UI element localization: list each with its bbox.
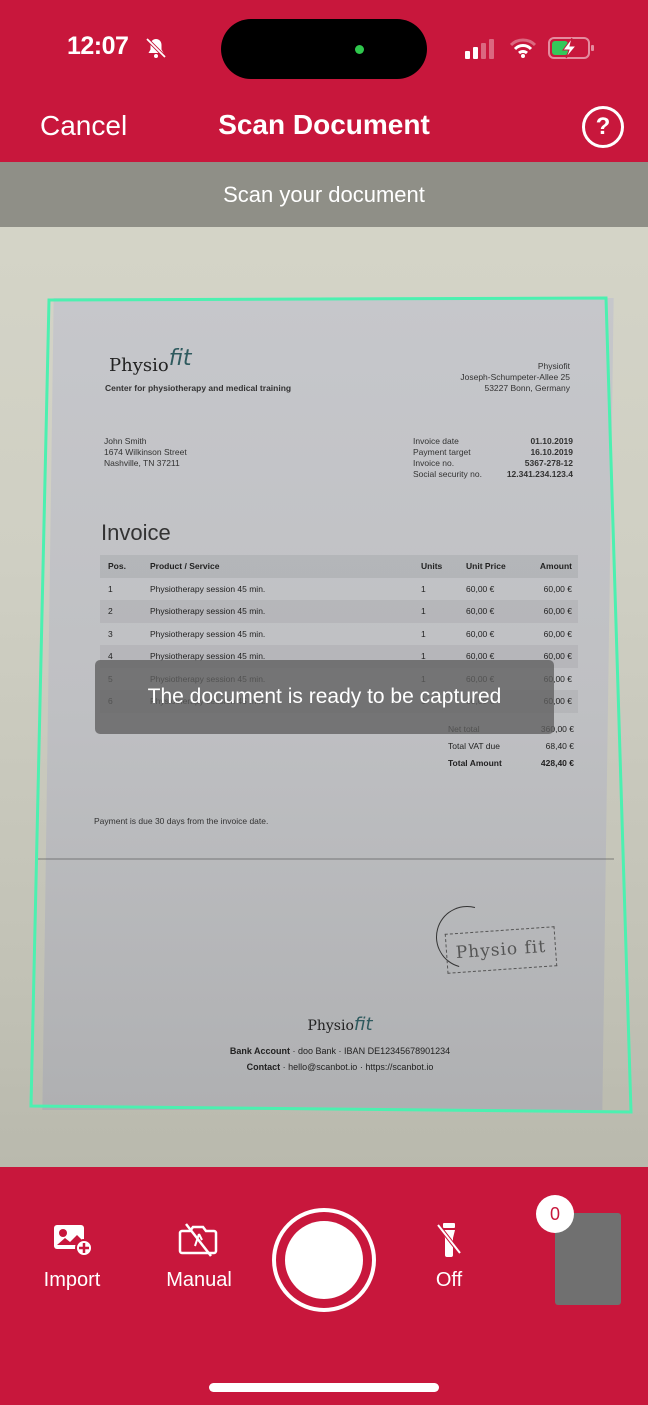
- table-cell: Physiotherapy session 45 min.: [150, 606, 421, 616]
- paper-fold: [36, 858, 614, 860]
- document-logo: Physiofit: [109, 352, 192, 377]
- camera-preview[interactable]: Physiofit Center for physiotherapy and m…: [0, 162, 648, 1167]
- table-cell: 1: [421, 629, 466, 639]
- footer-bank-value: · doo Bank · IBAN DE12345678901234: [290, 1046, 450, 1056]
- flashlight-off-icon: [427, 1223, 471, 1257]
- import-button[interactable]: Import: [22, 1223, 122, 1292]
- meta-value: 16.10.2019: [530, 447, 573, 458]
- meta-label: Social security no.: [413, 469, 482, 480]
- flash-toggle[interactable]: Off: [399, 1223, 499, 1292]
- status-bar: 12:07: [0, 0, 648, 90]
- table-cell: 60,00 €: [466, 606, 528, 616]
- table-cell: 1: [421, 606, 466, 616]
- totals-label: Total VAT due: [448, 738, 500, 755]
- meta-row: Payment target16.10.2019: [413, 447, 573, 458]
- table-cell: 3: [100, 629, 150, 639]
- manual-mode-button[interactable]: Manual: [149, 1223, 249, 1292]
- table-header-cell: Unit Price: [466, 561, 528, 571]
- table-header-cell: Units: [421, 561, 466, 571]
- table-row: 3Physiotherapy session 45 min.160,00 €60…: [100, 623, 578, 646]
- footer-contact-label: Contact: [247, 1062, 281, 1072]
- image-add-icon: [50, 1223, 94, 1257]
- footer-bank: Bank Account · doo Bank · IBAN DE1234567…: [0, 1046, 648, 1056]
- nav-bar: Cancel Scan Document ?: [0, 90, 648, 162]
- sender-line: Physiofit: [460, 361, 570, 372]
- import-label: Import: [44, 1269, 101, 1291]
- meta-label: Invoice no.: [413, 458, 454, 469]
- meta-row: Invoice date01.10.2019: [413, 436, 573, 447]
- table-cell: 1: [100, 584, 150, 594]
- meta-label: Invoice date: [413, 436, 459, 447]
- document-tagline: Center for physiotherapy and medical tra…: [105, 383, 291, 393]
- footer-contact-value: · hello@scanbot.io · https://scanbot.io: [280, 1062, 433, 1072]
- bottom-toolbar: Import Manual Off 0: [0, 1167, 648, 1405]
- meta-value: 12.341.234.123.4: [507, 469, 573, 480]
- logo-accent: fit: [169, 346, 192, 371]
- recipient-line: Nashville, TN 37211: [104, 458, 187, 469]
- table-cell: Physiotherapy session 45 min.: [150, 584, 421, 594]
- logo-main: Physio: [307, 1018, 353, 1034]
- footer-logo: Physiofit: [0, 1014, 648, 1035]
- table-cell: 60,00 €: [466, 629, 528, 639]
- table-cell: 60,00 €: [466, 584, 528, 594]
- totals-value: 428,40 €: [541, 755, 574, 772]
- table-cell: 60,00 €: [528, 584, 578, 594]
- shutter-inner: [285, 1221, 363, 1299]
- table-row: 2Physiotherapy session 45 min.160,00 €60…: [100, 600, 578, 623]
- manual-label: Manual: [166, 1269, 232, 1291]
- totals-label: Total Amount: [448, 755, 502, 772]
- logo-main: Physio: [109, 355, 169, 376]
- recipient-line: 1674 Wilkinson Street: [104, 447, 187, 458]
- table-header: Pos.Product / ServiceUnitsUnit PriceAmou…: [100, 555, 578, 578]
- footer-bank-label: Bank Account: [230, 1046, 290, 1056]
- logo-accent: fit: [354, 1014, 373, 1035]
- meta-label: Payment target: [413, 447, 471, 458]
- totals-value: 68,40 €: [546, 738, 574, 755]
- table-header-cell: Pos.: [100, 561, 150, 571]
- meta-value: 5367-278-12: [525, 458, 573, 469]
- help-icon: ?: [596, 113, 611, 140]
- table-cell: 60,00 €: [528, 606, 578, 616]
- table-cell: 2: [100, 606, 150, 616]
- ready-toast: The document is ready to be captured: [95, 660, 554, 734]
- meta-value: 01.10.2019: [530, 436, 573, 447]
- table-header-cell: Product / Service: [150, 561, 421, 571]
- invoice-title: Invoice: [101, 520, 171, 546]
- dynamic-island: [221, 19, 427, 79]
- recipient-line: John Smith: [104, 436, 187, 447]
- totals-row: Total VAT due68,40 €: [448, 738, 574, 755]
- table-cell: 60,00 €: [528, 629, 578, 639]
- flash-label: Off: [436, 1269, 462, 1291]
- wifi-icon: [510, 38, 536, 58]
- auto-capture-off-icon: [177, 1223, 221, 1257]
- sender-line: Joseph-Schumpeter-Allee 25: [460, 372, 570, 383]
- recipient-address: John Smith 1674 Wilkinson Street Nashvil…: [104, 436, 187, 469]
- page-title: Scan Document: [0, 109, 648, 141]
- footer-contact: Contact · hello@scanbot.io · https://sca…: [0, 1062, 648, 1072]
- payment-note: Payment is due 30 days from the invoice …: [94, 816, 268, 826]
- status-time: 12:07: [67, 32, 128, 61]
- table-header-cell: Amount: [528, 561, 578, 571]
- scan-hint: Scan your document: [0, 162, 648, 227]
- totals-row: Total Amount428,40 €: [448, 755, 574, 772]
- cellular-signal-icon: [465, 39, 497, 59]
- table-cell: 1: [421, 584, 466, 594]
- page-count-badge: 0: [536, 1195, 574, 1233]
- meta-row: Invoice no.5367-278-12: [413, 458, 573, 469]
- shutter-button[interactable]: [272, 1208, 376, 1312]
- meta-row: Social security no.12.341.234.123.4: [413, 469, 573, 480]
- camera-in-use-indicator: [355, 45, 364, 54]
- table-row: 1Physiotherapy session 45 min.160,00 €60…: [100, 578, 578, 601]
- battery-charging-icon: [548, 36, 596, 60]
- sender-address: Physiofit Joseph-Schumpeter-Allee 25 532…: [460, 361, 570, 394]
- home-indicator[interactable]: [209, 1383, 439, 1392]
- sender-line: 53227 Bonn, Germany: [460, 383, 570, 394]
- company-stamp: Physio fit: [445, 926, 558, 974]
- bell-slash-icon: [144, 36, 168, 60]
- invoice-meta: Invoice date01.10.2019 Payment target16.…: [413, 436, 573, 480]
- table-cell: Physiotherapy session 45 min.: [150, 629, 421, 639]
- help-button[interactable]: ?: [582, 106, 624, 148]
